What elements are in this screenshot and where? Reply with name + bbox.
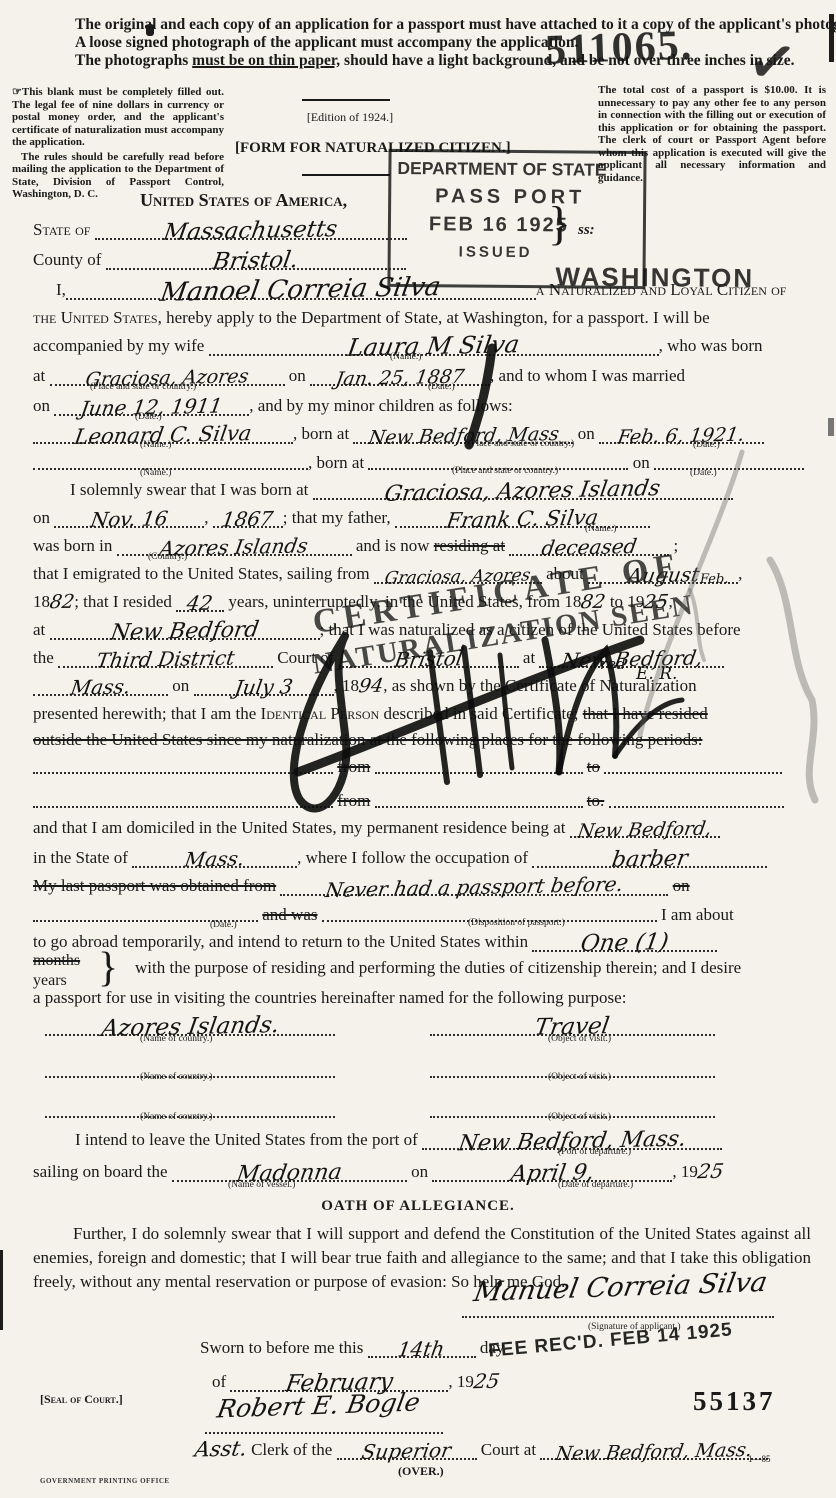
- hw-court-city: New Bedford,: [561, 652, 704, 667]
- on-label-4: on: [633, 453, 650, 472]
- court-city-blank: New Bedford,: [539, 650, 724, 668]
- caption-child2-date: (Date.): [690, 468, 717, 478]
- outside-us-struck-line: outside the United States since my natur…: [33, 730, 702, 750]
- return-within-line: to go abroad temporarily, and intend to …: [33, 932, 717, 952]
- court-name-blank: Third District: [58, 650, 273, 668]
- occupation-label: , where I follow the occupation of: [297, 848, 528, 867]
- domicile-blank: New Bedford,: [570, 820, 720, 838]
- hw-applicant-name: Manoel Correia Silva: [160, 281, 442, 299]
- caption-wife-name: (Name.): [390, 352, 421, 362]
- child-birthdate-blank: Feb. 6, 1921.: [599, 426, 764, 444]
- presented-text: presented herewith; that I am the: [33, 704, 256, 723]
- caption-child-place: (Place and state or country.): [468, 439, 574, 449]
- clerk-city-blank: New Bedford, Mass.: [540, 1442, 768, 1460]
- rule-below-title: [302, 174, 390, 176]
- caption-country-3: (Name of country.): [140, 1112, 212, 1122]
- caption-country-2: (Name of country.): [140, 1072, 212, 1082]
- clerk-signature: Robert E. Bogle: [218, 1398, 419, 1418]
- united-states-heading: United States of America,: [140, 190, 347, 211]
- at-label: at: [33, 366, 45, 385]
- hw-object-1: Travel: [534, 1020, 610, 1034]
- over-label: (OVER.): [398, 1464, 444, 1479]
- ss-label: ss:: [578, 222, 595, 239]
- caption-country-1: (Name of country.): [140, 1034, 212, 1044]
- sworn-day-blank: 14th: [368, 1340, 476, 1358]
- on-struck: on: [673, 876, 690, 895]
- hw-sworn-month: February: [285, 1376, 394, 1390]
- printed-18a: 18: [33, 592, 50, 611]
- object-row-1: Travel: [430, 1016, 715, 1036]
- serial-number-stamp: 511065.: [544, 21, 694, 74]
- port-text: I intend to leave the United States from…: [75, 1130, 418, 1149]
- gpo-imprint: GOVERNMENT PRINTING OFFICE: [40, 1477, 170, 1485]
- caption-object-2: (Object of visit.): [548, 1072, 611, 1082]
- hw-25c: 25: [473, 1375, 500, 1388]
- header-line-3-underlined: must be on thin paper,: [192, 52, 340, 69]
- in-state-label: in the State of: [33, 848, 128, 867]
- left-instructions: ☞This blank must be completely filled ou…: [12, 86, 224, 201]
- hw-25b: 25: [697, 1165, 724, 1178]
- clerk-of-label: Clerk of the: [251, 1440, 332, 1459]
- caption-port: (Port of departure.): [558, 1147, 631, 1157]
- hw-one-year: One (1): [580, 936, 669, 950]
- hw-er-initials: E. R.: [636, 664, 677, 684]
- hw-birth-monthday: Nov. 16: [90, 512, 169, 526]
- hw-court-name: Third District: [96, 652, 236, 667]
- last-passport-line: My last passport was obtained from Never…: [33, 876, 690, 896]
- hw-applicant-signature: Manuel Correia Silva: [473, 1277, 768, 1299]
- scan-artifact-4: [828, 418, 834, 436]
- applicant-name-blank: Manoel Correia Silva: [66, 282, 536, 300]
- header-line-3-pre: The photographs: [75, 52, 192, 69]
- sworn-text: Sworn to before me this: [200, 1338, 363, 1357]
- state-line: State of Massachusetts: [33, 220, 407, 240]
- of-label: of: [212, 1372, 226, 1391]
- hw-occupation: barber: [611, 853, 688, 867]
- caption-child2-place: (Place and state or country.): [452, 466, 558, 476]
- state-blank: Massachusetts: [95, 222, 407, 240]
- stamp-line-department: DEPARTMENT OF STATE: [397, 158, 606, 181]
- hw-94: 94: [358, 680, 384, 693]
- period-blank-1: [33, 756, 333, 774]
- hw-court-state: Mass.: [70, 680, 131, 693]
- sworn-line: Sworn to before me this 14th day: [200, 1338, 504, 1358]
- birth-year-blank: 1867: [213, 510, 283, 528]
- citizenship-line: with the purpose of residing and perform…: [135, 958, 741, 978]
- apply-line: the United States, hereby apply to the D…: [33, 308, 710, 328]
- hw-wife-name: Laura M Silva: [347, 338, 520, 354]
- caption-departure-date: (Date of departure.): [558, 1180, 633, 1190]
- on-label: on: [289, 366, 306, 385]
- caption-child-date: (Date.): [693, 440, 720, 450]
- hw-father-name: Frank C. Silva: [446, 511, 599, 526]
- sailing-label: sailing on board the: [33, 1162, 168, 1181]
- emigrated-text: that I emigrated to the United States, s…: [33, 564, 370, 583]
- resided-text: ; that I resided: [74, 592, 172, 611]
- caption-wife-date: (Date.): [428, 382, 455, 392]
- header-line-2: A loose signed photograph of the applica…: [75, 34, 578, 52]
- court-type-blank: Superior: [337, 1442, 477, 1460]
- no-passport-blank: Never had a passport before.: [280, 878, 668, 896]
- to-struck-2: to.: [587, 791, 604, 810]
- birthplace-blank: Graciosa, Azores Islands: [313, 482, 733, 500]
- clerk-title-line: Asst. Clerk of the Superior Court at New…: [195, 1440, 768, 1460]
- domiciled-text: and that I am domiciled in the United St…: [33, 818, 566, 837]
- hw-clerk-city: New Bedford, Mass.: [555, 1444, 753, 1460]
- county-line: County of Bristol.: [33, 250, 406, 270]
- is-now-label: and is now: [356, 536, 430, 555]
- file-number: 55137: [693, 1386, 776, 1417]
- brace: }: [548, 196, 571, 251]
- hw-domicile-state: Mass.: [184, 852, 245, 865]
- period-blank-6: [609, 790, 784, 808]
- vessel-line: sailing on board the Madonna on April 9,…: [33, 1162, 723, 1182]
- hw-birth-year: 1867: [221, 512, 274, 525]
- who-born: , who was born: [659, 336, 763, 355]
- to-struck-1: to: [587, 757, 600, 776]
- clerk-signature-line: [205, 1416, 443, 1434]
- scan-artifact-3: [0, 1250, 3, 1330]
- scan-artifact-2: [829, 14, 834, 62]
- hw-birthplace: Graciosa, Azores Islands: [384, 483, 661, 501]
- marriage-line: on June 12, 1911, and by my minor childr…: [33, 396, 513, 416]
- period-blank-2: [375, 756, 583, 774]
- hw-never-had-passport: Never had a passport before.: [325, 878, 624, 896]
- hw-country-1: Azores Islands.: [100, 1019, 279, 1035]
- years-blank: 42: [176, 594, 224, 612]
- court-at-label: Court at: [481, 1440, 536, 1459]
- rule-above-edition: [302, 99, 390, 101]
- wife-birthdate-blank: Jan. 25, 1887: [310, 368, 490, 386]
- caption-child-name: (Name.): [140, 440, 171, 450]
- period-blank-4: [33, 790, 333, 808]
- applicant-signature: Manuel Correia Silva: [475, 1280, 766, 1300]
- residing-at-struck: residing at: [434, 536, 505, 555]
- hw-sworn-day: 14th: [397, 1343, 445, 1356]
- apply-rest: hereby apply to the Department of State,…: [162, 308, 710, 327]
- caption-object-1: (Object of visit.): [548, 1034, 611, 1044]
- hw-82a: 82: [49, 596, 75, 609]
- was-born-label: was born in: [33, 536, 112, 555]
- at-label-2: at: [33, 620, 45, 639]
- printed-19b: , 19: [672, 1162, 698, 1181]
- county-label: County of: [33, 250, 101, 269]
- period-blank-3: [604, 756, 782, 774]
- hw-domicile-city: New Bedford,: [577, 823, 713, 838]
- father-intro: ; that my father,: [283, 508, 391, 527]
- stamp-line-issued: ISSUED: [459, 243, 533, 261]
- on-label-5: on: [33, 508, 50, 527]
- hw-years-42: 42: [186, 597, 213, 610]
- signature-line: [462, 1300, 774, 1318]
- and-was-struck: and was: [262, 905, 317, 924]
- caption-father-country: (Country.): [148, 552, 187, 562]
- header-line-1: The original and each copy of an applica…: [75, 16, 836, 34]
- apply-sc: the United States,: [33, 308, 162, 327]
- scan-artifact-1: [146, 24, 154, 36]
- months-years-brace: }: [98, 944, 118, 992]
- court-state-blank: Mass.: [33, 678, 168, 696]
- domicile-line: and that I am domiciled in the United St…: [33, 818, 720, 838]
- identical-person-text: Identical Person: [261, 704, 380, 723]
- born-at-label-2: , born at: [308, 453, 364, 472]
- hw-red-note: red: [600, 655, 626, 673]
- at-label-3: at: [523, 648, 535, 667]
- birth-line: I solemnly swear that I was born at Grac…: [70, 480, 733, 500]
- birth-monthday-blank: Nov. 16: [54, 510, 204, 528]
- on-label-7: on: [411, 1162, 428, 1181]
- purpose-line: a passport for use in visiting the count…: [33, 988, 626, 1008]
- i-label: I,: [56, 280, 66, 299]
- hw-state: Massachusetts: [163, 223, 338, 239]
- left-instructions-p1: ☞This blank must be completely filled ou…: [12, 86, 224, 149]
- from-to-line-1: from to: [33, 756, 782, 777]
- resided-struck: that I have resided: [583, 704, 708, 723]
- last-passport-struck: My last passport was obtained from: [33, 876, 276, 895]
- applicant-line: I,Manoel Correia Silvaa Naturalized and …: [56, 280, 786, 300]
- wife-name-blank: Laura M Silva: [209, 338, 659, 356]
- from-to-line-2: from to.: [33, 790, 784, 811]
- born-at-label: , born at: [293, 424, 349, 443]
- identical-person-line: presented herewith; that I am the Identi…: [33, 704, 708, 724]
- hw-superior: Superior: [361, 1444, 452, 1458]
- father-birth-line: was born in Azores Islands and is now re…: [33, 536, 678, 556]
- hw-county: Bristol.: [212, 254, 299, 268]
- from-struck-2: from: [337, 791, 370, 810]
- citizen-text: a Naturalized and Loyal Citizen of: [536, 280, 787, 299]
- caption-father-name: (Name.): [585, 524, 616, 534]
- naturalization-date-line: Mass. on July 3, 1894, as shown by the C…: [33, 676, 697, 696]
- described-text: described in said Certificate;: [383, 704, 578, 723]
- caption-child2-name: (Name.): [140, 468, 171, 478]
- caption-object-3: (Object of visit.): [548, 1112, 611, 1122]
- swear-text: I solemnly swear that I was born at: [70, 480, 308, 499]
- domicile-state-blank: Mass.: [132, 850, 297, 868]
- child2-birthdate-blank: [654, 452, 804, 470]
- caption-wife-place: (Place and state or country.): [90, 382, 196, 392]
- on-label-2: on: [33, 396, 50, 415]
- and-was-line: and was I am about: [33, 904, 734, 925]
- printed-19c: , 19: [448, 1372, 474, 1391]
- on-label-3: on: [578, 424, 595, 443]
- children-suffix: , and by my minor children as follows:: [249, 396, 512, 415]
- birthdate-line: on Nov. 16, 1867; that my father, Frank …: [33, 508, 650, 528]
- departure-date-blank: April 9,: [432, 1164, 672, 1182]
- within-blank: One (1): [532, 934, 717, 952]
- edition-label: [Edition of 1924.]: [255, 110, 445, 125]
- oath-heading: OATH OF ALLEGIANCE.: [0, 1198, 836, 1215]
- period-blank-5: [375, 790, 583, 808]
- signature-rule: [462, 1300, 774, 1321]
- hw-departure-date: April 9,: [510, 1167, 595, 1181]
- clerk-signature-rule: [205, 1416, 443, 1437]
- country-row-1: Azores Islands.: [45, 1016, 335, 1036]
- form-code: 1—85: [748, 1454, 771, 1464]
- occupation-blank: barber: [532, 850, 767, 868]
- hw-child-birthdate: Feb. 6, 1921.: [617, 429, 746, 444]
- caption-vessel: (Name of vessel.): [228, 1180, 295, 1190]
- department-of-state-stamp: DEPARTMENT OF STATE PASS PORT FEB 16 192…: [387, 149, 646, 289]
- seal-of-court-label: [Seal of Court.]: [40, 1392, 123, 1407]
- hw-father-status: deceased: [541, 540, 638, 554]
- hw-vessel: Madonna: [236, 1167, 343, 1181]
- hw-asst: Asst.: [194, 1442, 248, 1455]
- hw-residence-city: New Bedford: [110, 624, 260, 639]
- passport-application-document: The original and each copy of an applica…: [0, 0, 836, 1498]
- married-suffix: , and to whom I was married: [490, 366, 685, 385]
- county-blank: Bristol.: [106, 252, 406, 270]
- i-am-about-text: I am about: [661, 905, 734, 924]
- caption-disposition: (Disposition of passport.): [468, 918, 565, 928]
- on-label-6: on: [172, 676, 189, 695]
- state-label: State of: [33, 220, 90, 239]
- wife-label: accompanied by my wife: [33, 336, 204, 355]
- months-struck: months: [33, 952, 80, 970]
- hw-clerk-signature: Robert E. Bogle: [216, 1396, 420, 1415]
- occupation-line: in the State of Mass., where I follow th…: [33, 848, 767, 868]
- caption-marriage-date: (Date.): [135, 412, 162, 422]
- from-struck-1: from: [337, 757, 370, 776]
- printed-18b: , 18: [334, 676, 360, 695]
- caption-passport-date: (Date.): [210, 920, 237, 930]
- the-label: the: [33, 648, 54, 667]
